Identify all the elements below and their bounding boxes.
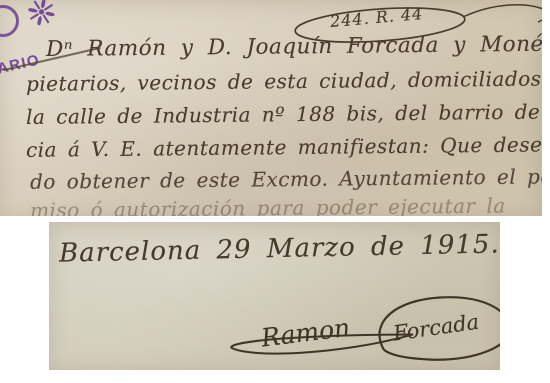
manuscript-line-faded: miso ó autorización para poder ejecutar … bbox=[30, 194, 506, 216]
document-fragment-bottom: Barcelona 29 Marzo de 1915. Ramon Forcad… bbox=[49, 222, 500, 370]
manuscript-line: Dⁿ Ramón y D. Joaquín Forcada y Monés, p… bbox=[46, 31, 542, 62]
document-fragment-top: ❈ ARIO 244. R. 44 Dⁿ Ramón y D. Joaquín … bbox=[0, 0, 542, 216]
date-line: Barcelona 29 Marzo de 1915. bbox=[59, 229, 500, 268]
scanned-document: ❈ ARIO 244. R. 44 Dⁿ Ramón y D. Joaquín … bbox=[0, 0, 550, 383]
manuscript-line: cia á V. E. atentamente manifiestan: Que… bbox=[26, 132, 542, 162]
official-stamp-fleur-icon: ❈ bbox=[23, 0, 60, 35]
manuscript-line: la calle de Industria nº 188 bis, del ba… bbox=[26, 99, 542, 129]
manuscript-line: pietarios, vecinos de esta ciudad, domic… bbox=[26, 66, 542, 96]
signature-block: Ramon Forcada bbox=[220, 289, 500, 370]
official-stamp-arc-icon bbox=[0, 5, 19, 37]
manuscript-line: do obtener de este Excmo. Ayuntamiento e… bbox=[30, 164, 542, 194]
